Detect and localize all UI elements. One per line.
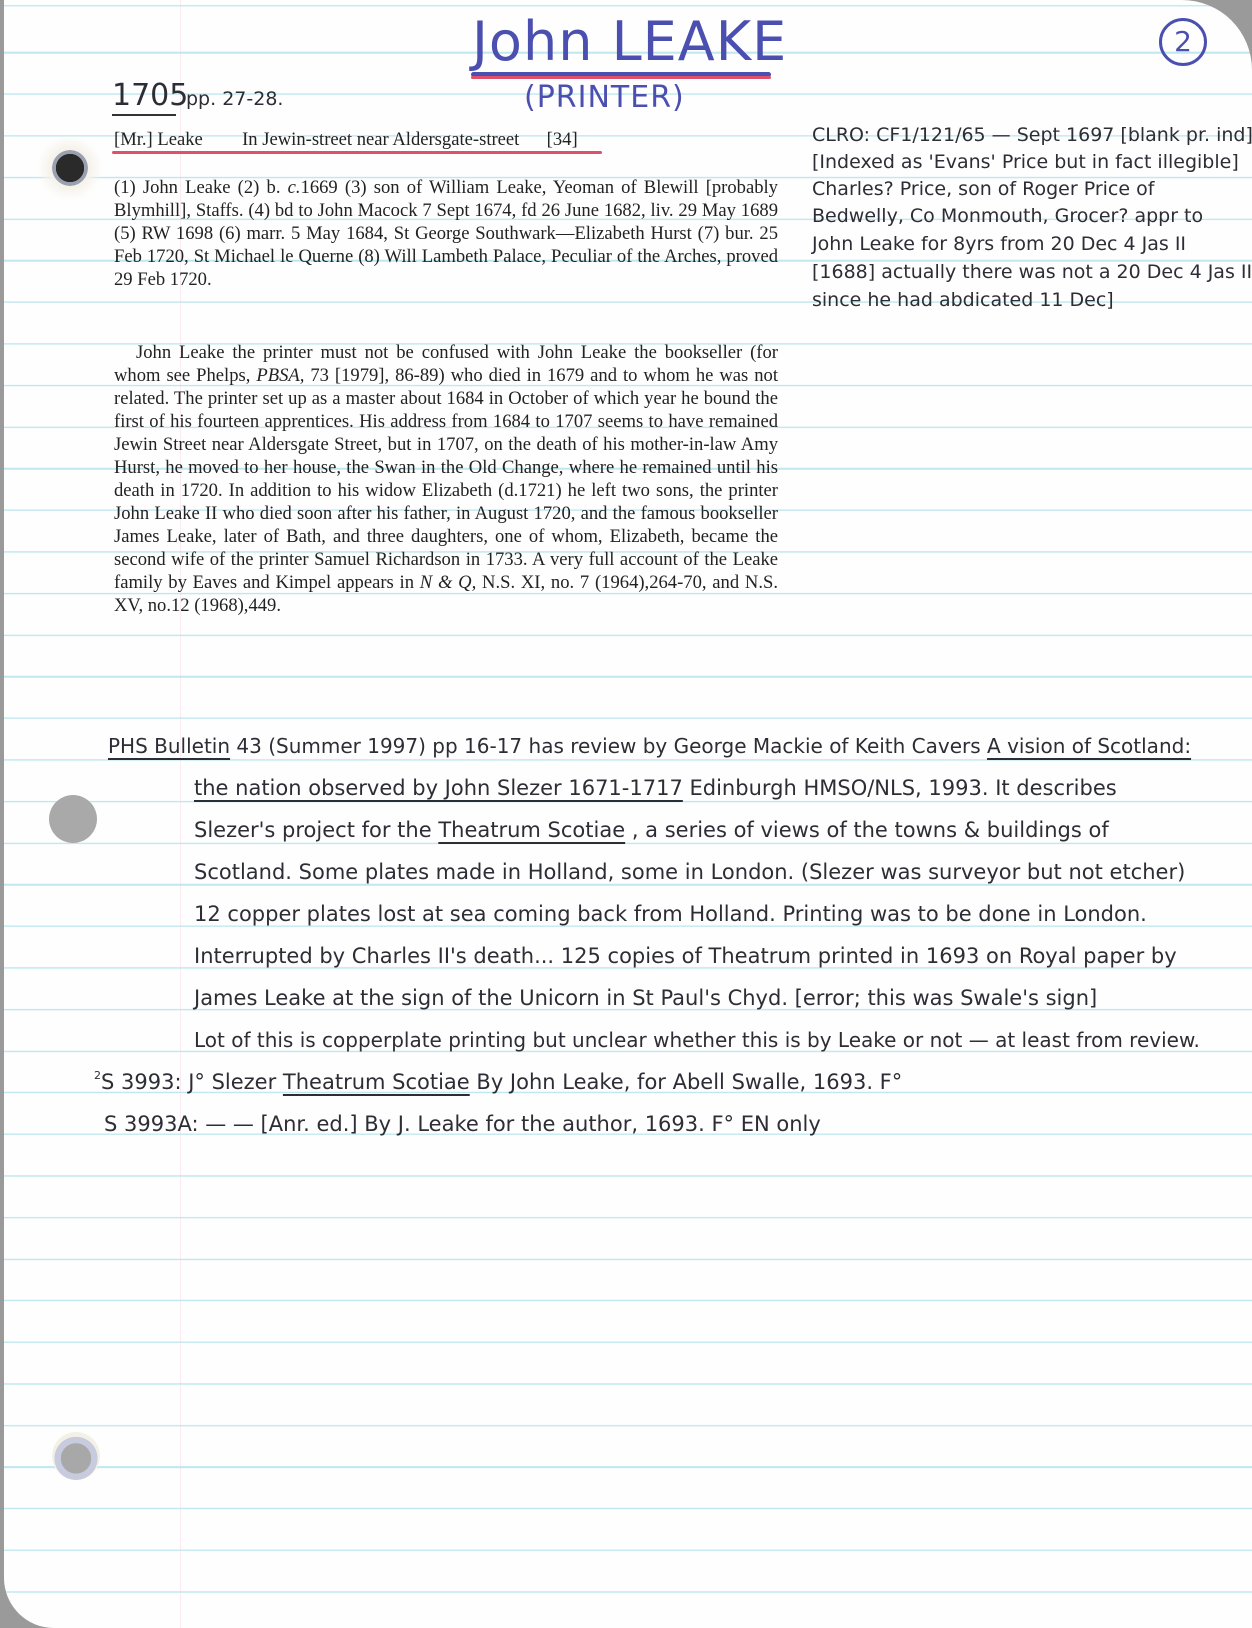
year-label: 1705 bbox=[112, 78, 188, 113]
entry-ref: [34] bbox=[547, 128, 578, 151]
note-line-5: 12 copper plates lost at sea coming back… bbox=[194, 902, 1147, 926]
page-title: John LEAKE bbox=[472, 10, 787, 73]
entry-biography: (1) John Leake (2) b. c.1669 (3) son of … bbox=[114, 176, 778, 291]
entry-commentary: John Leake the printer must not be confu… bbox=[114, 341, 778, 617]
note-text: , a series of views of the towns & build… bbox=[625, 818, 1109, 842]
page-number-circled: 2 bbox=[1159, 18, 1207, 66]
side-note-line: CLRO: CF1/121/65 — Sept 1697 [blank pr. … bbox=[812, 124, 1252, 146]
side-note-line: Charles? Price, son of Roger Price of bbox=[812, 178, 1154, 200]
heading-underline-red bbox=[112, 151, 602, 154]
note-text: Slezer's project for the bbox=[194, 818, 438, 842]
bio-text: (1) John Leake (2) b. bbox=[114, 177, 288, 198]
stc-entry-1: 2S 3993: J° Slezer Theatrum Scotiae By J… bbox=[94, 1070, 902, 1094]
punch-hole-top bbox=[52, 150, 88, 186]
side-note-line: [Indexed as 'Evans' Price but in fact il… bbox=[812, 151, 1239, 173]
entry-name: [Mr.] Leake bbox=[114, 128, 203, 151]
commentary-text-cont: 73 [1979], 86-89) who died in 1679 and t… bbox=[114, 365, 778, 593]
note-line-2: the nation observed by John Slezer 1671-… bbox=[194, 776, 1117, 800]
side-note-line: [1688] actually there was not a 20 Dec 4… bbox=[812, 261, 1252, 283]
title-underline-red bbox=[471, 76, 771, 79]
side-note-line: John Leake for 8yrs from 20 Dec 4 Jas II bbox=[812, 233, 1186, 255]
note-line-8: Lot of this is copperplate printing but … bbox=[194, 1028, 1200, 1052]
year-underline bbox=[112, 114, 176, 116]
pages-label: pp. 27-28. bbox=[186, 88, 283, 110]
note-source: PHS Bulletin bbox=[108, 734, 230, 758]
note-book-title-cont: the nation observed by John Slezer 1671-… bbox=[194, 776, 683, 800]
note-work-title: Theatrum Scotiae bbox=[438, 818, 625, 842]
side-note-line: Bedwelly, Co Monmouth, Grocer? appr to bbox=[812, 205, 1203, 227]
entry-heading: [Mr.] Leake In Jewin-street near Aldersg… bbox=[114, 128, 754, 151]
note-line-1: PHS Bulletin 43 (Summer 1997) pp 16-17 h… bbox=[108, 734, 1191, 758]
note-line-7: James Leake at the sign of the Unicorn i… bbox=[194, 986, 1097, 1010]
stc-entry-2: S 3993A: — — [Anr. ed.] By J. Leake for … bbox=[104, 1112, 821, 1136]
commentary-nq: N & Q, bbox=[420, 572, 476, 593]
punch-hole-bottom bbox=[52, 1432, 100, 1480]
side-note-line: since he had abdicated 11 Dec] bbox=[812, 289, 1114, 311]
superscript: 2 bbox=[94, 1069, 101, 1082]
stc-text: S 3993: J° Slezer bbox=[101, 1070, 283, 1094]
note-line-6: Interrupted by Charles II's death... 125… bbox=[194, 944, 1177, 968]
bio-circa: c. bbox=[288, 177, 301, 198]
page-subtitle: (PRINTER) bbox=[524, 80, 685, 115]
note-line-3: Slezer's project for the Theatrum Scotia… bbox=[194, 818, 1109, 842]
entry-address: In Jewin-street near Aldersgate-street bbox=[242, 128, 519, 151]
stc-text: By John Leake, for Abell Swalle, 1693. F… bbox=[470, 1070, 903, 1094]
note-text: 43 (Summer 1997) pp 16-17 has review by … bbox=[230, 734, 987, 758]
punch-hole-middle bbox=[49, 795, 97, 843]
stc-title: Theatrum Scotiae bbox=[283, 1070, 470, 1094]
commentary-pbsa: PBSA, bbox=[256, 365, 304, 386]
note-book-title: A vision of Scotland: bbox=[987, 734, 1191, 758]
note-text: Edinburgh HMSO/NLS, 1993. It describes bbox=[683, 776, 1117, 800]
note-line-4: Scotland. Some plates made in Holland, s… bbox=[194, 860, 1185, 884]
notebook-page: John LEAKE (PRINTER) 2 1705 pp. 27-28. [… bbox=[4, 0, 1252, 1628]
